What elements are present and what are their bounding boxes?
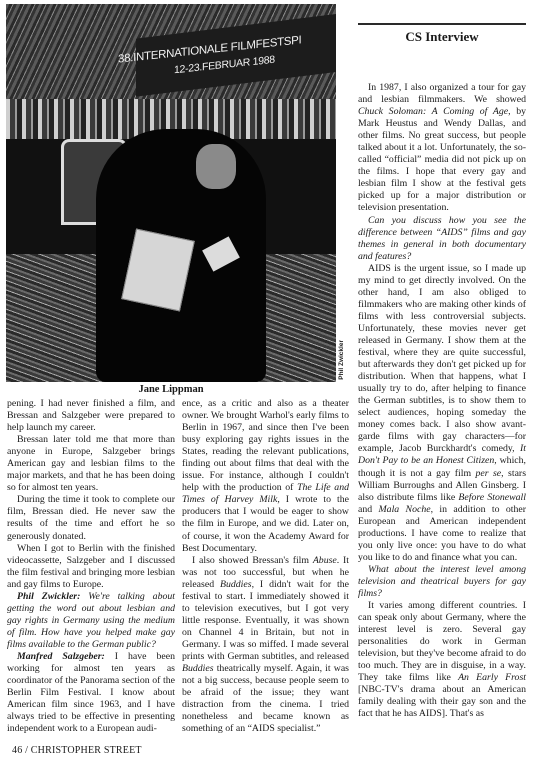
- film-title: An Early Frost: [458, 672, 526, 683]
- text-span: AIDS is the urgent issue, so I made up m…: [358, 263, 526, 455]
- paragraph: It varies among different countries. I c…: [358, 600, 526, 720]
- question-paragraph: Can you discuss how you see the differen…: [358, 215, 526, 263]
- column-middle: ence, as a critic and also as a theater …: [182, 398, 349, 735]
- answer-paragraph: Manfred Salzgeber: I have been working f…: [7, 651, 175, 735]
- film-title: Abuse: [313, 555, 337, 566]
- column-left: pening. I had never finished a film, and…: [7, 398, 175, 735]
- column-right: In 1987, I also organized a tour for gay…: [358, 82, 526, 720]
- text-span: [NBC-TV's drama about an American family…: [358, 684, 526, 719]
- answer-text: I have been working for almost ten years…: [7, 651, 175, 734]
- text-span: , I didn't wait for the festival to star…: [182, 579, 349, 662]
- paragraph: ence, as a critic and also as a theater …: [182, 398, 349, 555]
- photo-caption: Jane Lippman: [6, 384, 336, 395]
- paragraph: In 1987, I also organized a tour for gay…: [358, 82, 526, 215]
- film-title: Before Stonewall: [458, 492, 526, 503]
- person-face: [196, 144, 236, 189]
- text-span: In 1987, I also organized a tour for gay…: [358, 82, 526, 105]
- text-span: It varies among different countries. I c…: [358, 600, 526, 683]
- speaker-name: Phil Zwickler:: [17, 591, 80, 602]
- film-title: Chuck Soloman: A Coming of Age: [358, 106, 508, 117]
- text-span: ence, as a critic and also as a theater …: [182, 398, 349, 493]
- text-span: and: [358, 504, 379, 515]
- latin-phrase: per se: [476, 468, 502, 479]
- text-span: , by Mark Heustus and Wendy Dallas, and …: [358, 106, 526, 213]
- paragraph: I also showed Bressan's film Abuse. It w…: [182, 555, 349, 736]
- paragraph: AIDS is the urgent issue, so I made up m…: [358, 263, 526, 564]
- photo-jane-lippman: 38.INTERNATIONALE FILMFESTSPI 12-23.FEBR…: [6, 4, 336, 382]
- film-title: Mala Noche: [379, 504, 431, 515]
- header-rule: [358, 23, 526, 25]
- photo-credit: Phil Zwickler: [338, 340, 345, 380]
- question-paragraph: Phil Zwickler: We're talking about getti…: [7, 591, 175, 651]
- film-title: Buddies: [220, 579, 252, 590]
- paragraph: During the time it took to complete our …: [7, 494, 175, 542]
- paragraph: pening. I had never finished a film, and…: [7, 398, 175, 434]
- film-title: Buddies: [182, 663, 214, 674]
- question-paragraph: What about the interest level among tele…: [358, 564, 526, 600]
- section-title: CS Interview: [358, 29, 526, 45]
- text-span: I also showed Bressan's film: [192, 555, 313, 566]
- speaker-name: Manfred Salzgeber:: [17, 651, 105, 662]
- paragraph: When I got to Berlin with the finished v…: [7, 543, 175, 591]
- paragraph: Bressan later told me that more than any…: [7, 434, 175, 494]
- page-footer: 46 / CHRISTOPHER STREET: [12, 745, 142, 756]
